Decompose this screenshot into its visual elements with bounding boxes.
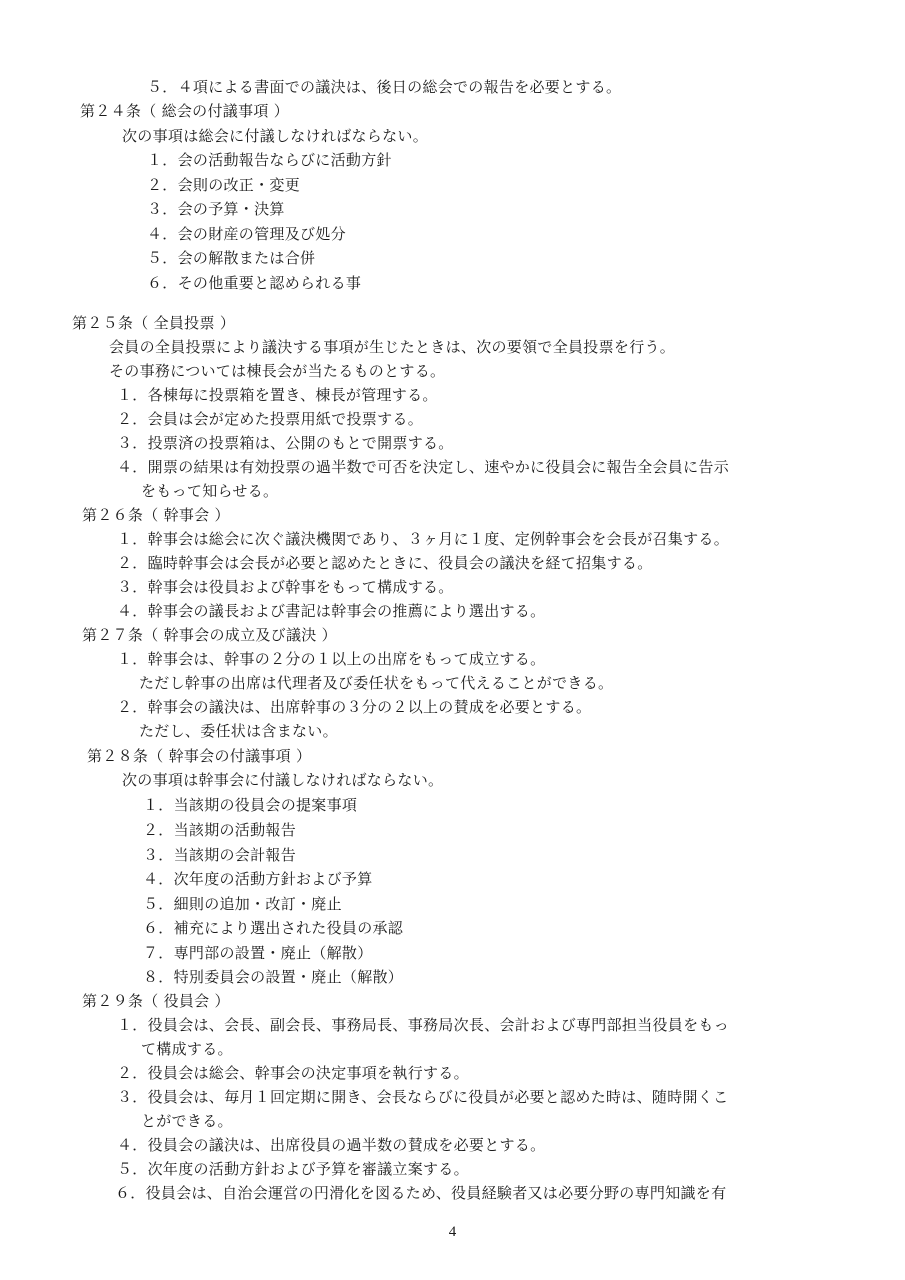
article-heading: 第２７条（ 幹事会の成立及び議決 ）	[82, 625, 337, 645]
list-item-continuation: とができる。	[141, 1111, 233, 1131]
list-item: １．当該期の役員会の提案事項	[143, 795, 357, 815]
list-item: ２．当該期の活動報告	[143, 820, 296, 840]
list-item: ４．幹事会の議長および書記は幹事会の推薦により選出する。	[117, 601, 545, 621]
list-item-continuation: ただし幹事の出席は代理者及び委任状をもって代えることができる。	[139, 673, 613, 693]
list-item: １．幹事会は、幹事の２分の１以上の出席をもって成立する。	[117, 649, 545, 669]
paragraph-text: その事務については棟長会が当たるものとする。	[109, 361, 445, 381]
list-item: ３．当該期の会計報告	[143, 845, 296, 865]
page-number: 4	[0, 1224, 905, 1241]
article-heading: 第２６条（ 幹事会 ）	[82, 505, 230, 525]
list-item: ６．補充により選出された役員の承認	[143, 918, 403, 938]
paragraph-text: 次の事項は総会に付議しなければならない。	[122, 126, 428, 146]
list-item: ３．会の予算・決算	[147, 199, 285, 219]
list-item: １．各棟毎に投票箱を置き、棟長が管理する。	[117, 385, 438, 405]
list-item-continuation: をもって知らせる。	[141, 481, 278, 501]
list-item: ４．会の財産の管理及び処分	[147, 224, 346, 244]
article-heading: 第２９条（ 役員会 ）	[82, 991, 230, 1011]
article-heading: 第２４条（ 総会の付議事項 ）	[80, 101, 289, 121]
list-item: １．役員会は、会長、副会長、事務局長、事務局次長、会計および専門部担当役員をもっ	[117, 1015, 729, 1035]
paragraph-text: 会員の全員投票により議決する事項が生じたときは、次の要領で全員投票を行う。	[109, 337, 675, 357]
list-item: ２．臨時幹事会は会長が必要と認めたときに、役員会の議決を経て招集する。	[117, 553, 653, 573]
list-item: ５．次年度の活動方針および予算を審議立案する。	[117, 1159, 469, 1179]
list-item: ３．投票済の投票箱は、公開のもとで開票する。	[117, 433, 454, 453]
list-item: ６．その他重要と認められる事	[147, 273, 361, 293]
list-item-continuation: ただし、委任状は含まない。	[139, 721, 338, 741]
list-item: ２．会則の改正・変更	[147, 175, 300, 195]
list-item: １．会の活動報告ならびに活動方針	[147, 150, 392, 170]
list-item: ５．細則の追加・改訂・廃止	[143, 894, 342, 914]
list-item: ７．専門部の設置・廃止（解散）	[143, 943, 373, 963]
list-item: ２．会員は会が定めた投票用紙で投票する。	[117, 409, 423, 429]
list-item-continuation: て構成する。	[141, 1039, 233, 1059]
list-item: ２．幹事会の議決は、出席幹事の３分の２以上の賛成を必要とする。	[117, 697, 591, 717]
list-item: ６．役員会は、自治会運営の円滑化を図るため、役員経験者又は必要分野の専門知識を有	[115, 1183, 726, 1203]
list-item: ３．役員会は、毎月１回定期に開き、会長ならびに役員が必要と認めた時は、随時開くこ	[117, 1087, 728, 1107]
list-item: ４．役員会の議決は、出席役員の過半数の賛成を必要とする。	[117, 1135, 545, 1155]
article-heading: 第２５条（ 全員投票 ）	[72, 313, 235, 333]
document-page: ５．４項による書面での議決は、後日の総会での報告を必要とする。第２４条（ 総会の…	[0, 0, 905, 1280]
list-item: ５．４項による書面での議決は、後日の総会での報告を必要とする。	[147, 77, 621, 97]
list-item: ８．特別委員会の設置・廃止（解散）	[143, 967, 403, 987]
list-item: ４．開票の結果は有効投票の過半数で可否を決定し、速やかに役員会に報告全会員に告示	[117, 457, 729, 477]
list-item: ４．次年度の活動方針および予算	[143, 869, 373, 889]
list-item: ２．役員会は総会、幹事会の決定事項を執行する。	[117, 1063, 469, 1083]
list-item: １．幹事会は総会に次ぐ議決機関であり、３ヶ月に１度、定例幹事会を会長が召集する。	[117, 529, 729, 549]
list-item: ５．会の解散または合併	[147, 248, 315, 268]
list-item: ３．幹事会は役員および幹事をもって構成する。	[117, 577, 454, 597]
paragraph-text: 次の事項は幹事会に付議しなければならない。	[122, 770, 443, 790]
article-heading: 第２８条（ 幹事会の付議事項 ）	[87, 746, 311, 766]
